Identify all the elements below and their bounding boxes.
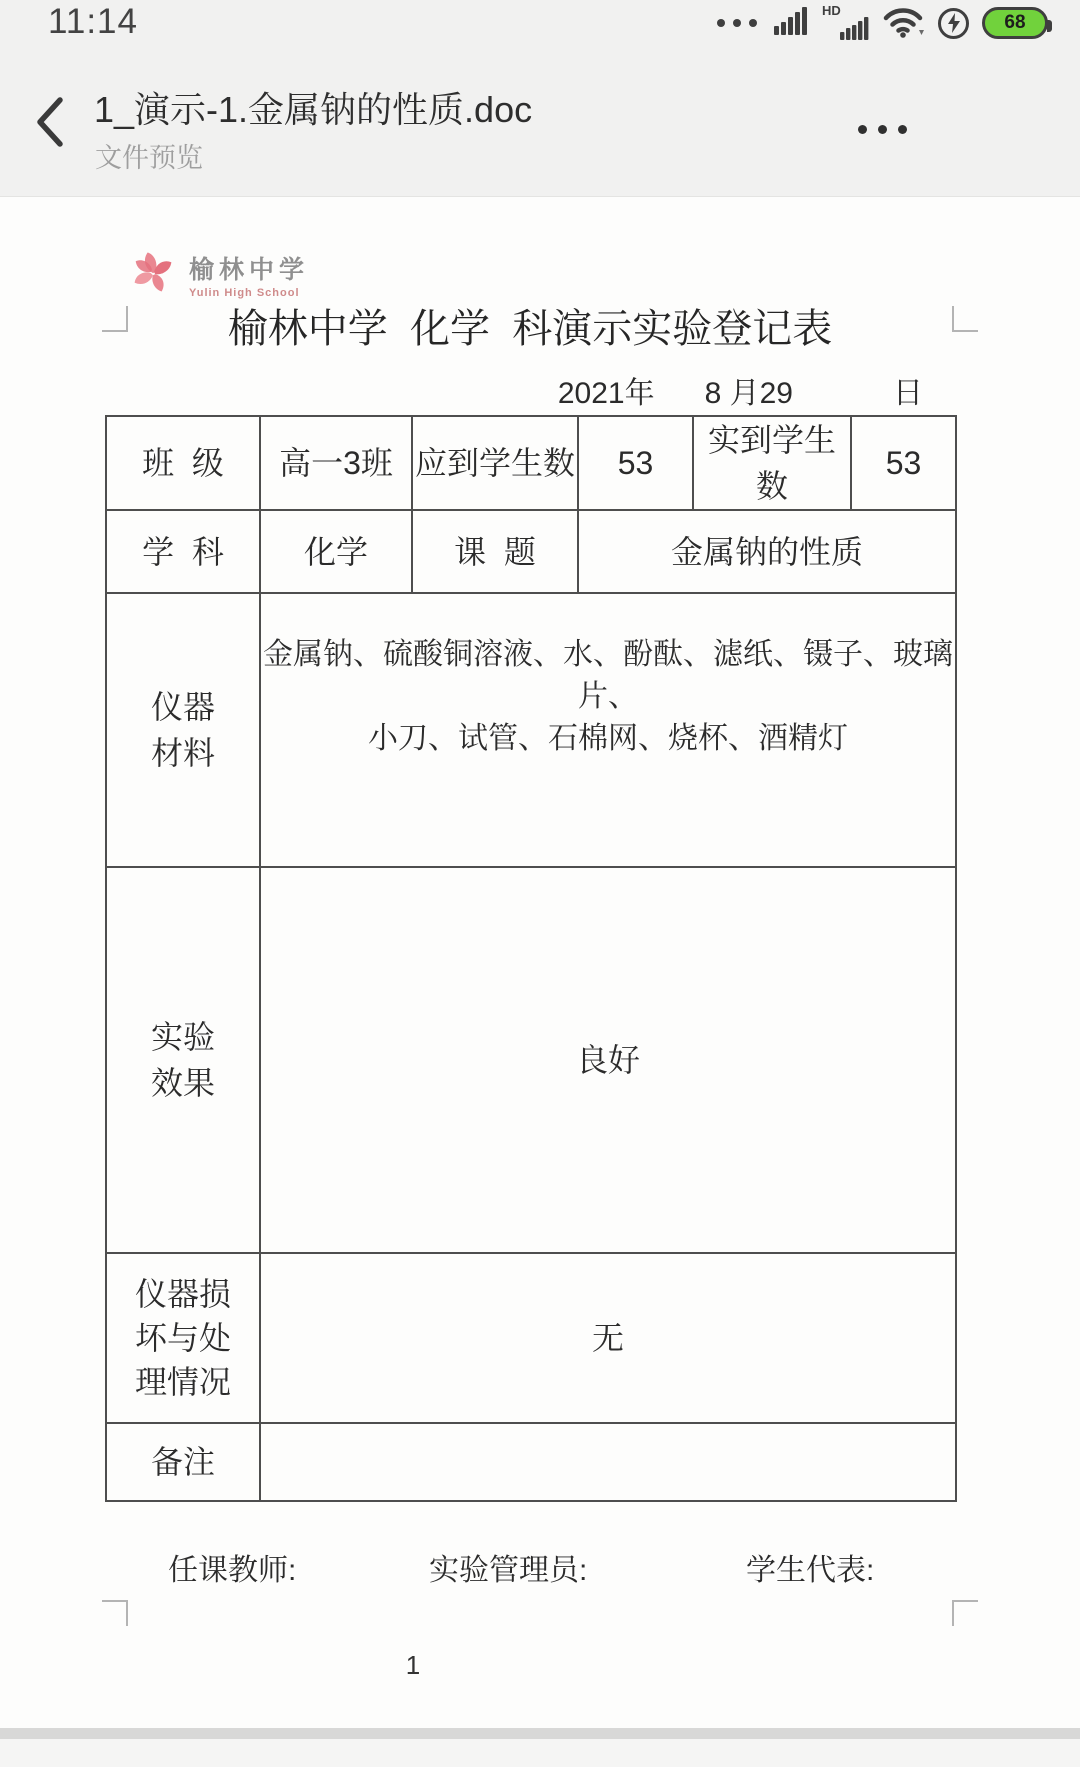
form-date: 2021年 8 月29 日	[105, 368, 955, 412]
logo-flower-icon	[126, 244, 180, 305]
cell-damage-value: 无	[260, 1253, 956, 1423]
page-number: 1	[400, 1650, 426, 1681]
cell-subject-label: 学 科	[106, 510, 260, 593]
cell-topic-label: 课 题	[412, 510, 578, 593]
screen: 11:14 HD	[0, 0, 1080, 1767]
cell-class-label: 班 级	[106, 416, 260, 510]
school-logo: 榆林中学 Yulin High School	[126, 244, 309, 305]
table-row-result: 实验 效果 良好	[106, 867, 956, 1253]
notification-overflow-icon	[717, 19, 757, 27]
bottom-background	[0, 1739, 1080, 1767]
registration-table: 班 级 高一3班 应到学生数 53 实到学生数 53 学 科 化学 课 题 金属…	[105, 415, 957, 1502]
preview-label: 文件预览	[95, 136, 203, 175]
cell-damage-label: 仪器损 坏与处 理情况	[106, 1253, 260, 1423]
battery-saver-icon	[938, 8, 969, 39]
margin-mark-bottom-left	[102, 1600, 128, 1626]
header: 11:14 HD	[0, 0, 1080, 197]
cell-actual-students-label: 实到学生数	[693, 416, 851, 510]
table-row-class: 班 级 高一3班 应到学生数 53 实到学生数 53	[106, 416, 956, 510]
signal-strength-icon	[774, 7, 809, 40]
teacher-signature-label: 任课教师:	[168, 1545, 296, 1589]
battery-percent: 68	[1004, 12, 1025, 34]
file-title: 1_演示-1.金属钠的性质.doc	[94, 82, 814, 133]
clock: 11:14	[48, 2, 138, 42]
cell-remarks-value	[260, 1423, 956, 1501]
margin-mark-bottom-right	[952, 1600, 978, 1626]
battery-nub	[1047, 20, 1052, 32]
table-row-remarks: 备注	[106, 1423, 956, 1501]
status-icons: HD	[717, 0, 1048, 46]
hd-badge: HD	[822, 3, 841, 18]
cell-result-label: 实验 效果	[106, 867, 260, 1253]
cell-equipment-label: 仪器 材料	[106, 593, 260, 867]
signal-strength-hd-icon: HD	[822, 6, 870, 40]
cell-expected-students-value: 53	[578, 416, 693, 510]
more-menu-button[interactable]	[858, 114, 928, 144]
cell-equipment-content: 金属钠、硫酸铜溶液、水、酚酞、滤纸、镊子、玻璃片、 小刀、试管、石棉网、烧杯、酒…	[260, 593, 956, 867]
cell-topic-value: 金属钠的性质	[578, 510, 956, 593]
cell-remarks-label: 备注	[106, 1423, 260, 1501]
battery-indicator: 68	[982, 7, 1048, 39]
cell-result-value: 良好	[260, 867, 956, 1253]
cell-subject-value: 化学	[260, 510, 412, 593]
school-name-cn: 榆林中学	[189, 250, 309, 286]
cell-class-value: 高一3班	[260, 416, 412, 510]
lab-manager-signature-label: 实验管理员:	[429, 1545, 587, 1589]
cell-expected-students-label: 应到学生数	[412, 416, 578, 510]
student-rep-signature-label: 学生代表:	[746, 1545, 874, 1589]
table-row-subject: 学 科 化学 课 题 金属钠的性质	[106, 510, 956, 593]
back-button[interactable]	[34, 96, 66, 148]
page-end-separator	[0, 1728, 1080, 1739]
form-title: 榆林中学 化学 科演示实验登记表	[105, 297, 955, 354]
wifi-icon	[883, 4, 925, 43]
margin-mark-top-right	[952, 306, 978, 332]
table-row-damage: 仪器损 坏与处 理情况 无	[106, 1253, 956, 1423]
cell-actual-students-value: 53	[851, 416, 956, 510]
table-row-equipment: 仪器 材料 金属钠、硫酸铜溶液、水、酚酞、滤纸、镊子、玻璃片、 小刀、试管、石棉…	[106, 593, 956, 867]
